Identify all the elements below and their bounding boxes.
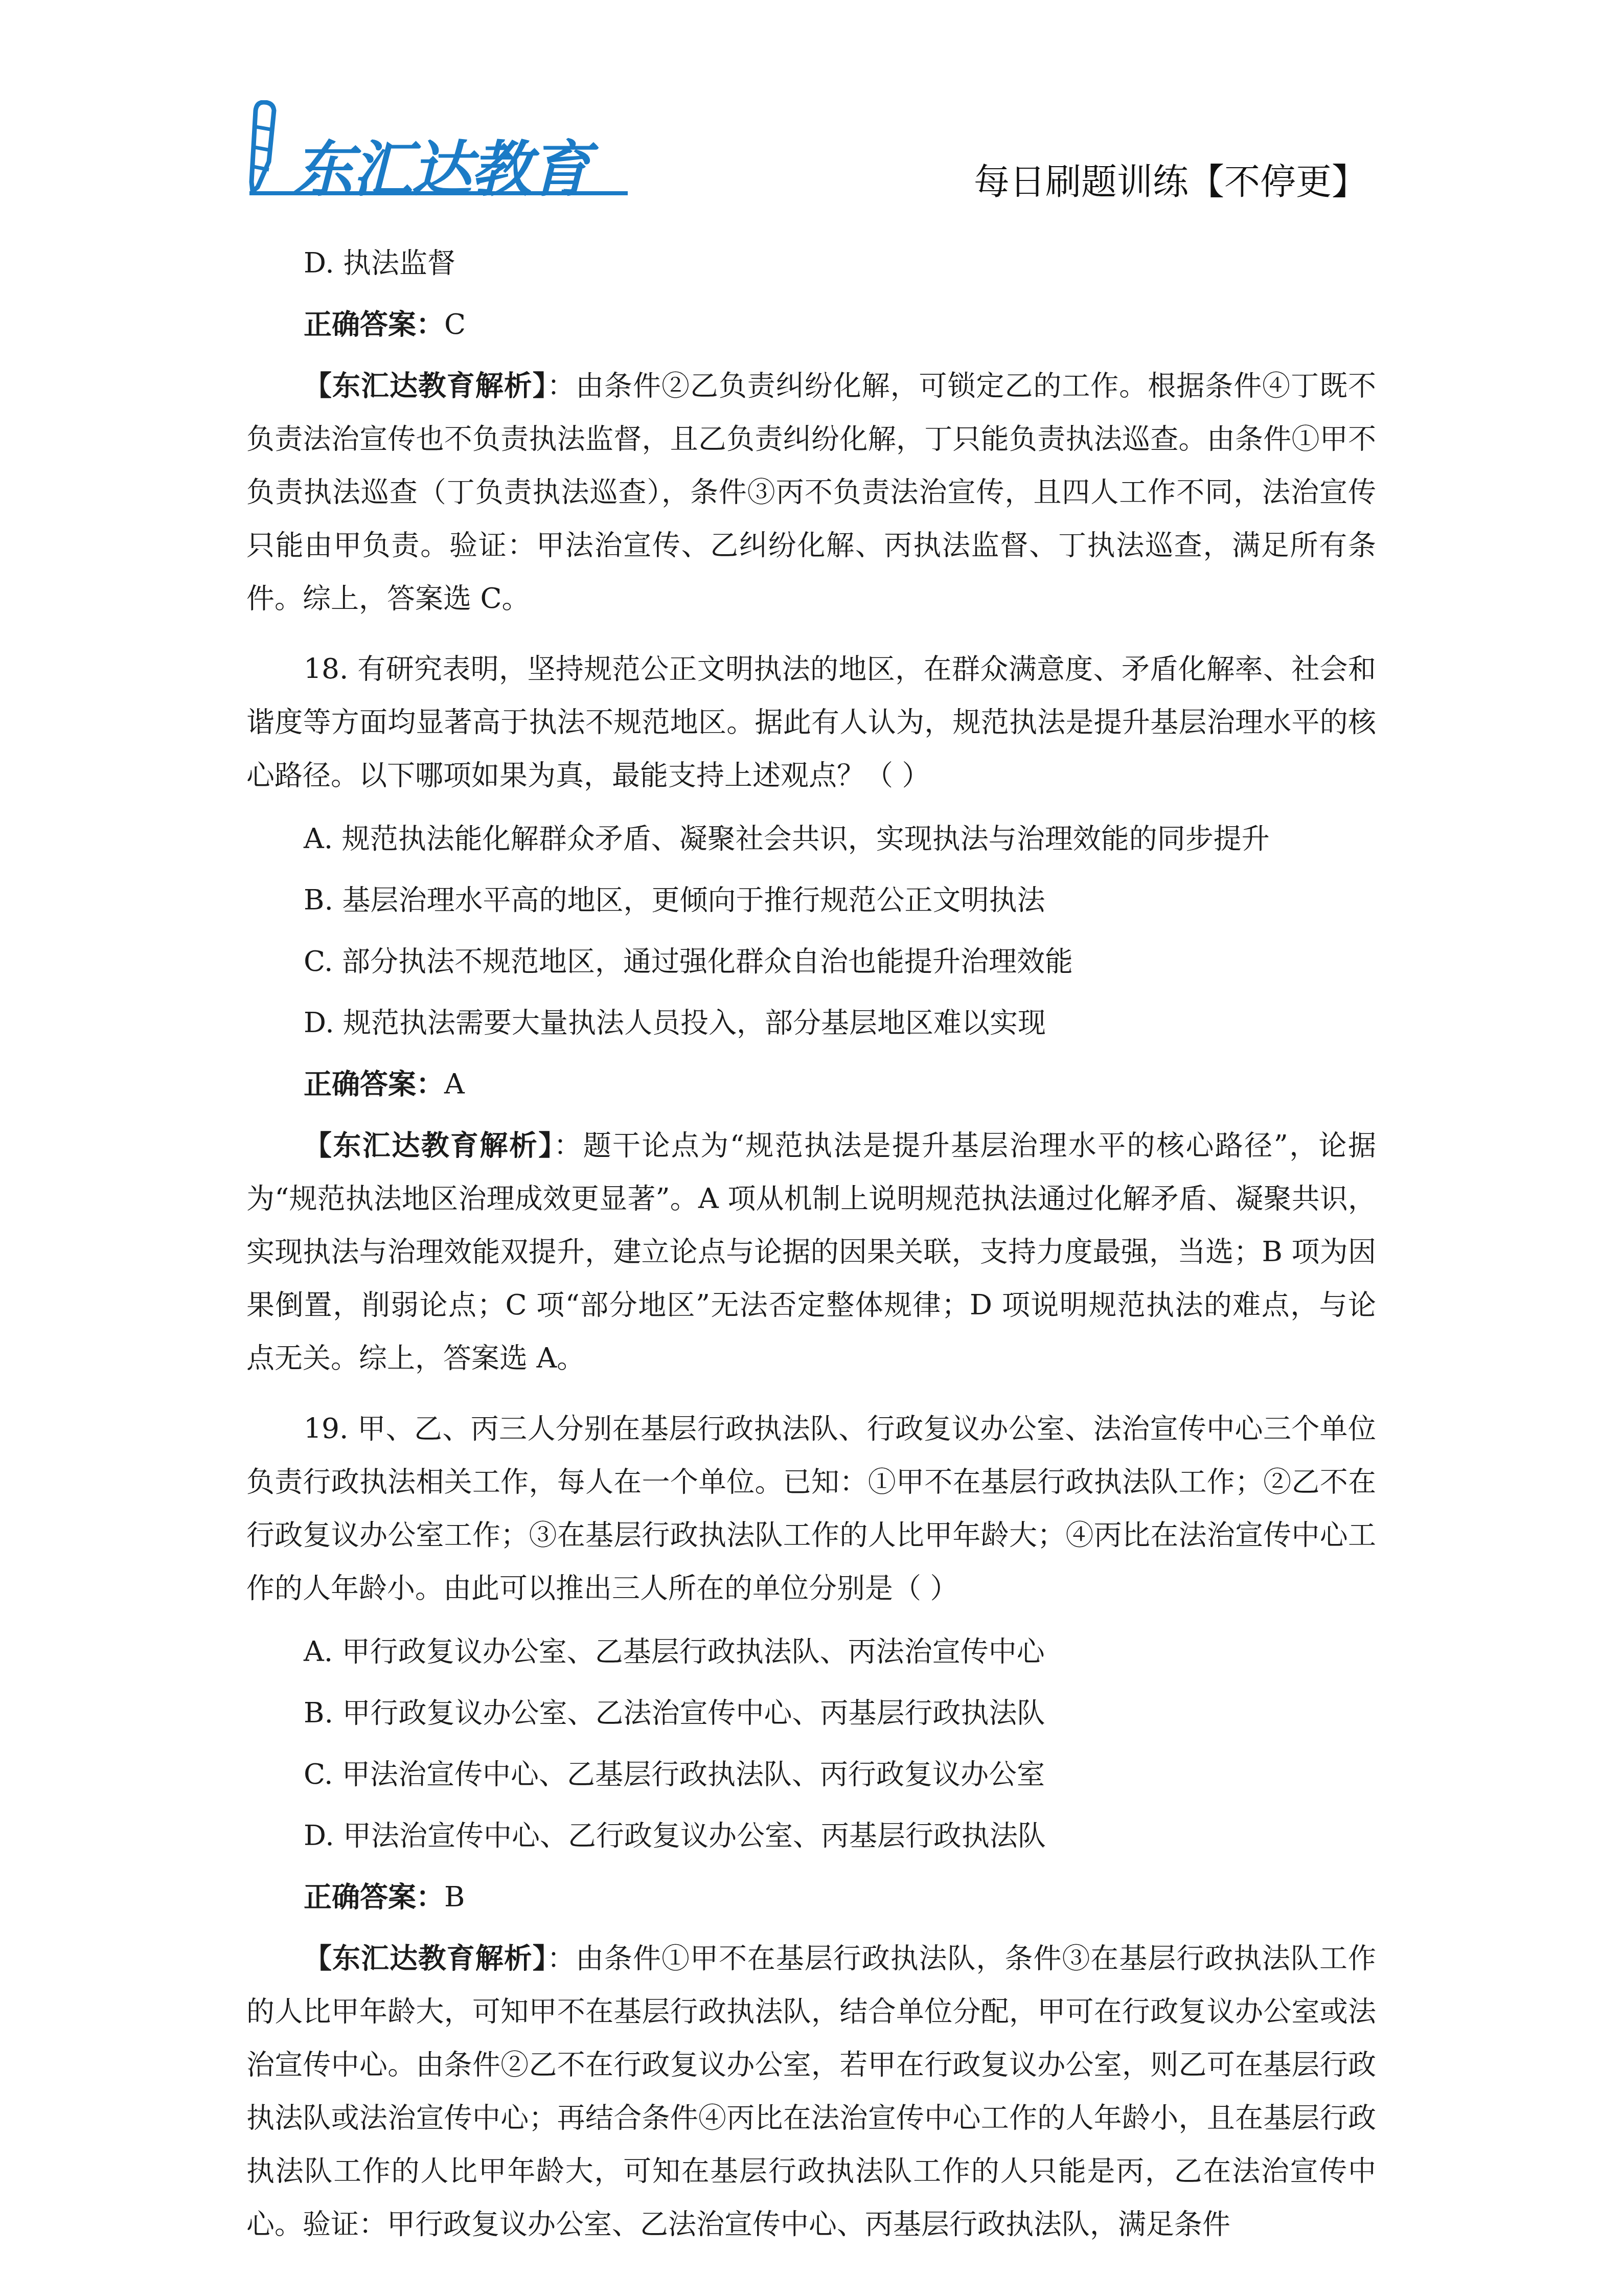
analysis-text: ：由条件②乙负责纠纷化解，可锁定乙的工作。根据条件④丁既不负责法治宣传也不负责执… (246, 369, 1376, 615)
answer-label: 正确答案： (304, 1880, 444, 1913)
answer-value: B (444, 1880, 465, 1913)
q19-analysis: 【东汇达教育解析】：由条件①甲不在基层行政执法队，条件③在基层行政执法队工作的人… (246, 1931, 1376, 2250)
q18-option-a: A. 规范执法能化解群众矛盾、凝聚社会共识，实现执法与治理效能的同步提升 (246, 812, 1376, 865)
analysis-label: 【东汇达教育解析】 (304, 369, 547, 402)
q18-option-c: C. 部分执法不规范地区，通过强化群众自治也能提升治理效能 (246, 935, 1376, 988)
analysis-label: 【东汇达教育解析】 (304, 1128, 554, 1162)
answer-label: 正确答案： (304, 308, 444, 340)
q19-stem: 19. 甲、乙、丙三人分别在基层行政执法队、行政复议办公室、法治宣传中心三个单位… (246, 1402, 1376, 1615)
pencil-icon (248, 100, 279, 192)
analysis-text: ：题干论点为“规范执法是提升基层治理水平的核心路径”，论据为“规范执法地区治理成… (246, 1129, 1376, 1374)
analysis-text: ：由条件①甲不在基层行政执法队，条件③在基层行政执法队工作的人比甲年龄大，可知甲… (246, 1942, 1376, 2240)
q18-analysis: 【东汇达教育解析】：题干论点为“规范执法是提升基层治理水平的核心路径”，论据为“… (246, 1119, 1376, 1384)
q19-option-b: B. 甲行政复议办公室、乙法治宣传中心、丙基层行政执法队 (246, 1686, 1376, 1739)
q19-option-a: A. 甲行政复议办公室、乙基层行政执法队、丙法治宣传中心 (246, 1625, 1376, 1678)
q19-option-c: C. 甲法治宣传中心、乙基层行政执法队、丙行政复议办公室 (246, 1747, 1376, 1801)
answer-value: A (444, 1067, 465, 1100)
q17-analysis: 【东汇达教育解析】：由条件②乙负责纠纷化解，可锁定乙的工作。根据条件④丁既不负责… (246, 359, 1376, 625)
q18-option-d: D. 规范执法需要大量执法人员投入，部分基层地区难以实现 (246, 996, 1376, 1049)
document-body: D. 执法监督 正确答案：C 【东汇达教育解析】：由条件②乙负责纠纷化解，可锁定… (246, 236, 1376, 2261)
brand-logo: 东汇达教育 (244, 100, 633, 197)
answer-label: 正确答案： (304, 1067, 444, 1100)
q18-answer: 正确答案：A (246, 1057, 1376, 1110)
q19-answer: 正确答案：B (246, 1870, 1376, 1923)
logo-underline (249, 191, 628, 195)
q18-stem: 18. 有研究表明，坚持规范公正文明执法的地区，在群众满意度、矛盾化解率、社会和… (246, 642, 1376, 802)
analysis-label: 【东汇达教育解析】 (304, 1941, 547, 1974)
q17-answer: 正确答案：C (246, 298, 1376, 351)
page-tagline: 每日刷题训练【不停更】 (974, 153, 1367, 205)
q17-option-d: D. 执法监督 (246, 236, 1376, 289)
answer-value: C (444, 308, 466, 340)
q19-option-d: D. 甲法治宣传中心、乙行政复议办公室、丙基层行政执法队 (246, 1809, 1376, 1862)
q18-option-b: B. 基层治理水平高的地区，更倾向于推行规范公正文明执法 (246, 873, 1376, 926)
